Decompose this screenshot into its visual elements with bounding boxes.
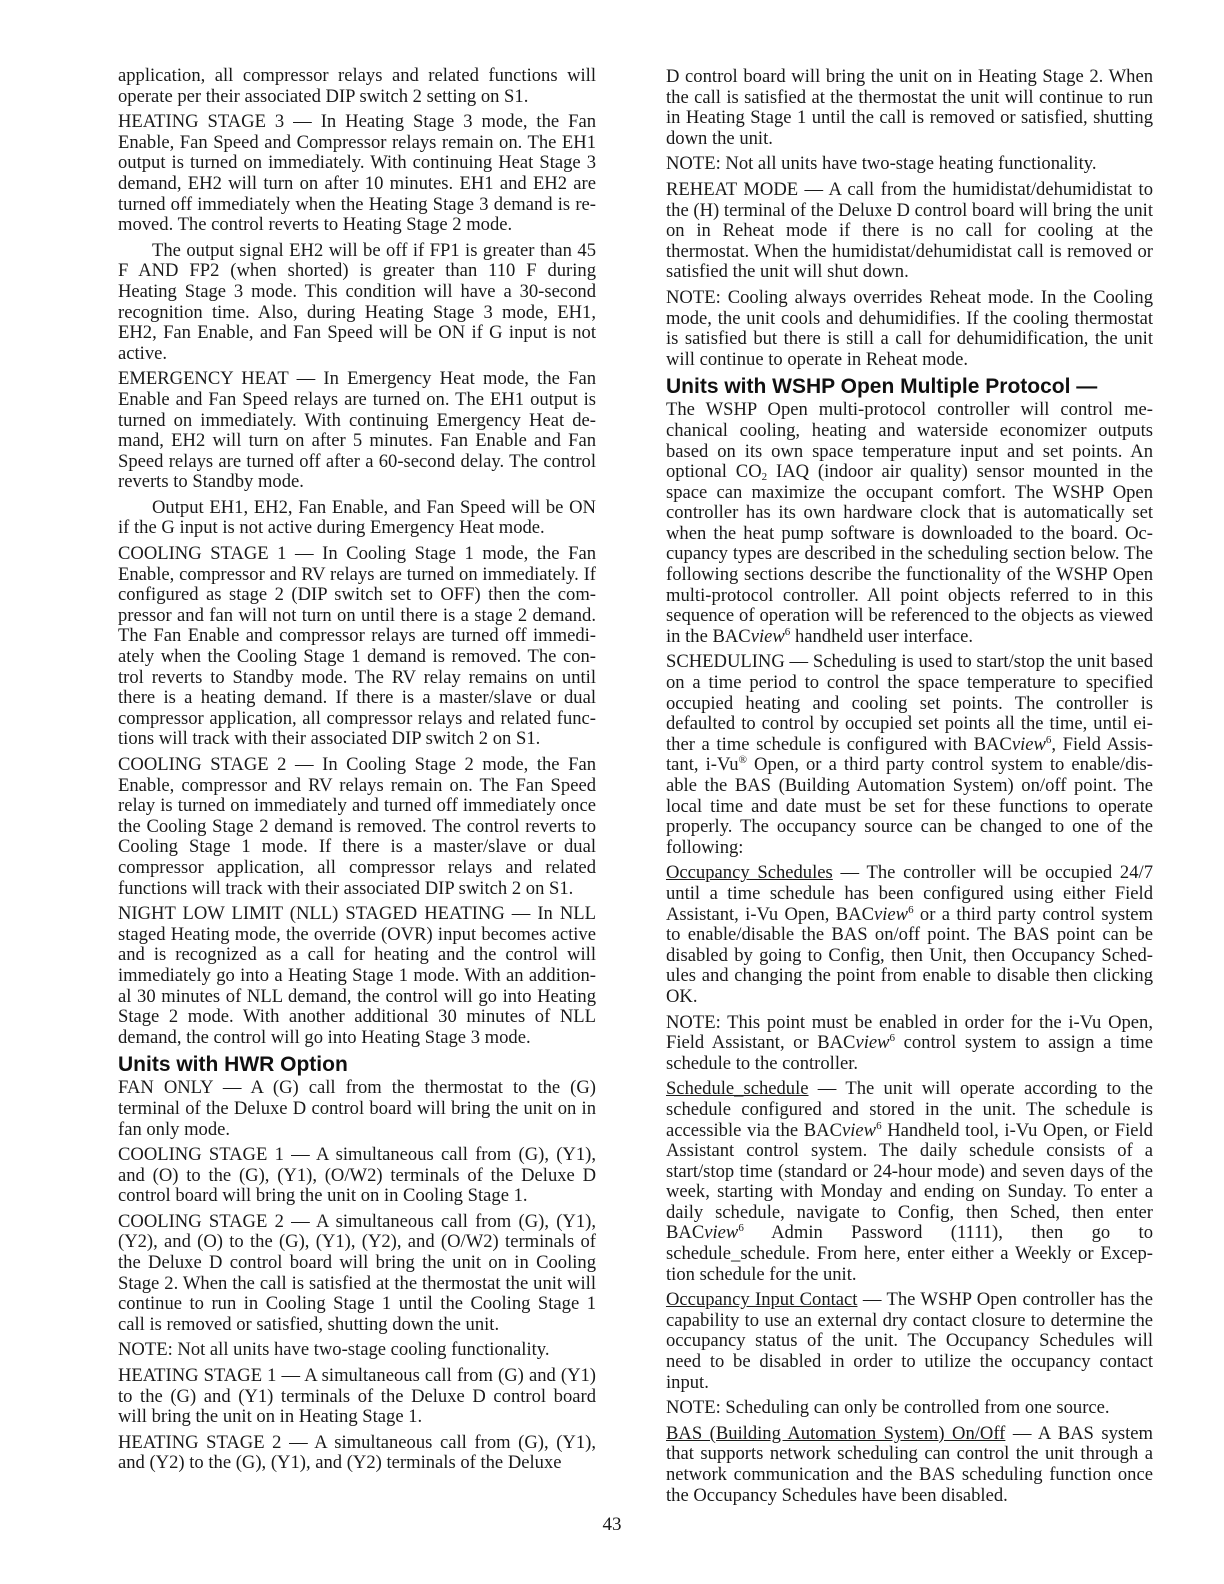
note-two-stage-heating: NOTE: Not all units have two-stage heati… <box>666 154 1153 175</box>
paragraph-occupancy-input-contact: Occupancy Input Contact — The WSHP Open … <box>666 1290 1153 1393</box>
note-scheduling-source: NOTE: Scheduling can only be controlled … <box>666 1398 1153 1419</box>
paragraph-hwr-cooling-stage-2: COOLING STAGE 2 — A simultaneous call fr… <box>118 1212 596 1336</box>
paragraph-hwr-heating-stage-2: HEATING STAGE 2 — A simultaneous call fr… <box>118 1433 596 1474</box>
paragraph-reheat-mode: REHEAT MODE — A call from the humidistat… <box>666 180 1153 283</box>
paragraph-schedule-schedule: Schedule_schedule — The unit will operat… <box>666 1079 1153 1285</box>
paragraph-wshp-intro: The WSHP Open multi-protocol controller … <box>666 400 1153 647</box>
term-schedule-schedule: Schedule_schedule <box>666 1078 809 1099</box>
term-occupancy-input-contact: Occupancy Input Contact <box>666 1289 857 1310</box>
page-number: 43 <box>0 1514 1224 1536</box>
paragraph-cooling-stage-2: COOLING STAGE 2 — In Cooling Stage 2 mod… <box>118 755 596 899</box>
paragraph-hwr-heating-stage-1: HEATING STAGE 1 — A simultaneous call fr… <box>118 1366 596 1428</box>
paragraph-cooling-stage-1: COOLING STAGE 1 — In Cooling Stage 1 mod… <box>118 544 596 750</box>
paragraph-continuation: application, all compressor relays and r… <box>118 66 596 107</box>
paragraph-eh2-output: The output signal EH2 will be off if FP1… <box>118 241 596 365</box>
paragraph-hwr-cooling-stage-1: COOLING STAGE 1 — A simultaneous call fr… <box>118 1145 596 1207</box>
note-two-stage-cooling: NOTE: Not all units have two-stage cooli… <box>118 1340 596 1361</box>
paragraph-heating-stage-3: HEATING STAGE 3 — In Heating Stage 3 mod… <box>118 112 596 236</box>
paragraph-occupancy-schedules: Occupancy Schedules — The controller wil… <box>666 863 1153 1007</box>
term-occupancy-schedules: Occupancy Schedules <box>666 862 833 883</box>
heading-wshp-open: Units with WSHP Open Multiple Protocol — <box>666 375 1153 399</box>
right-column: D control board will bring the unit on i… <box>666 67 1153 1511</box>
paragraph-scheduling: SCHEDULING — Scheduling is used to start… <box>666 652 1153 858</box>
term-bas-on-off: BAS (Building Automation System) On/Off <box>666 1423 1005 1444</box>
paragraph-heating-stage-2-continuation: D control board will bring the unit on i… <box>666 67 1153 149</box>
paragraph-fan-only: FAN ONLY — A (G) call from the thermosta… <box>118 1078 596 1140</box>
heading-hwr-option: Units with HWR Option <box>118 1053 596 1077</box>
paragraph-bas-on-off: BAS (Building Automation System) On/Off … <box>666 1424 1153 1506</box>
paragraph-emergency-output: Output EH1, EH2, Fan Enable, and Fan Spe… <box>118 498 596 539</box>
left-column: application, all compressor relays and r… <box>118 66 596 1479</box>
note-point-enabled: NOTE: This point must be enabled in orde… <box>666 1013 1153 1075</box>
note-reheat: NOTE: Cooling always overrides Reheat mo… <box>666 288 1153 370</box>
paragraph-emergency-heat: EMERGENCY HEAT — In Emergency Heat mode,… <box>118 369 596 493</box>
paragraph-night-low-limit: NIGHT LOW LIMIT (NLL) STAGED HEATING — I… <box>118 904 596 1048</box>
